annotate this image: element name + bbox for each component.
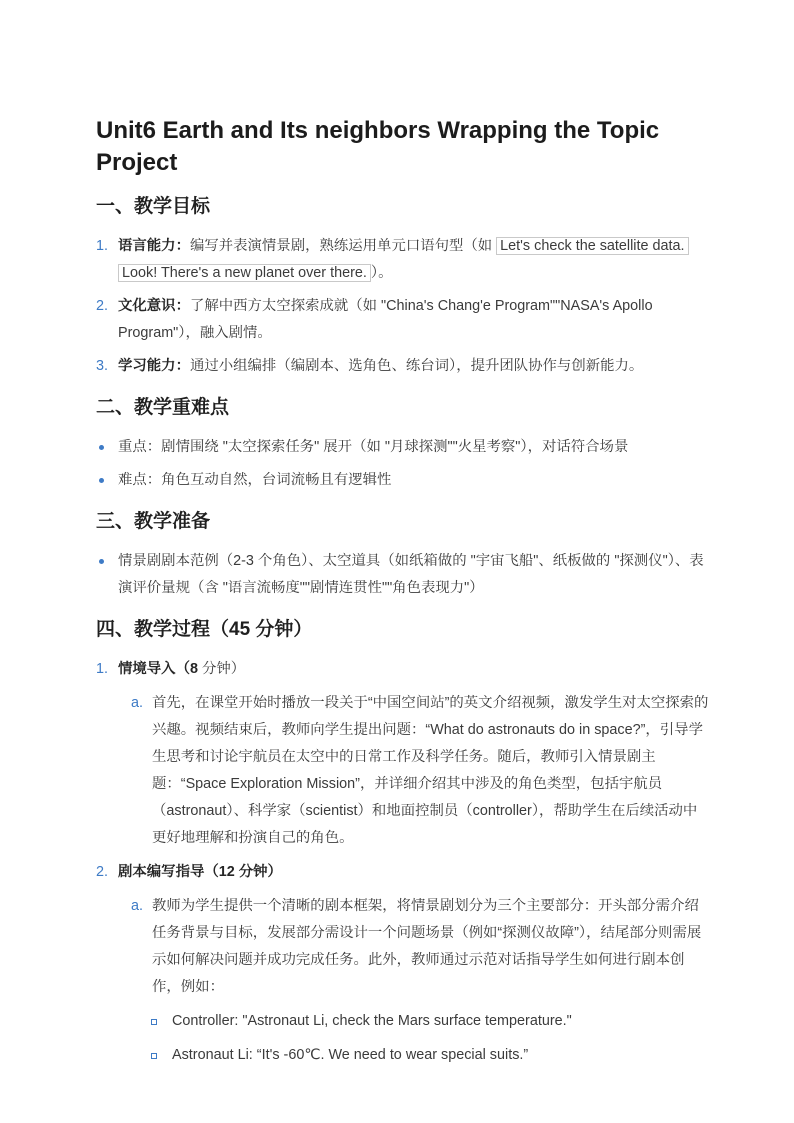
bullet-text: 重点：剧情围绕 "太空探索任务" 展开（如 "月球探测""火星考察"），对话符合… — [118, 434, 710, 461]
bullet-text: 难点：角色互动自然，台词流畅且有逻辑性 — [118, 467, 710, 494]
sub-bullet-icon — [147, 1008, 172, 1035]
list-item: 2. 文化意识：了解中西方太空探索成就（如 "China's Chang'e P… — [96, 293, 710, 347]
sub-list-text: 教师为学生提供一个清晰的剧本框架，将情景剧划分为三个主要部分：开头部分需介绍任务… — [152, 893, 710, 1001]
list-item-body: 通过小组编排（编剧本、选角色、练台词），提升团队协作与创新能力。 — [190, 358, 643, 374]
sub-list-marker: a. — [131, 893, 152, 1001]
section-heading-objectives: 一、教学目标 — [96, 194, 710, 220]
page-title: Unit6 Earth and Its neighbors Wrapping t… — [96, 115, 710, 179]
step-title-bold: 剧本编写指导（12 分钟） — [118, 864, 282, 880]
step-item: 2. 剧本编写指导（12 分钟） — [96, 859, 710, 886]
list-marker: 1. — [96, 656, 118, 683]
document-page: Unit6 Earth and Its neighbors Wrapping t… — [0, 0, 794, 1123]
step-title-bold: 情境导入（8 — [118, 661, 198, 677]
bullet-item: 情景剧剧本范例（2-3 个角色）、太空道具（如纸箱做的 "宇宙飞船"、纸板做的 … — [96, 548, 710, 602]
bullet-icon — [96, 467, 118, 494]
list-item-label: 文化意识： — [118, 298, 190, 314]
list-item-text: 学习能力：通过小组编排（编剧本、选角色、练台词），提升团队协作与创新能力。 — [118, 353, 710, 380]
list-item-text: 语言能力：编写并表演情景剧，熟练运用单元口语句型（如 Let's check t… — [118, 233, 710, 287]
bullet-item: 难点：角色互动自然，台词流畅且有逻辑性 — [96, 467, 710, 494]
bullet-icon — [96, 548, 118, 602]
dialogue-item: Controller: "Astronaut Li, check the Mar… — [147, 1008, 710, 1035]
step-item: 1. 情境导入（8 分钟） — [96, 656, 710, 683]
page-title-line2: Project — [96, 147, 710, 179]
list-item: 3. 学习能力：通过小组编排（编剧本、选角色、练台词），提升团队协作与创新能力。 — [96, 353, 710, 380]
step-title: 情境导入（8 分钟） — [118, 656, 710, 683]
step-title: 剧本编写指导（12 分钟） — [118, 859, 710, 886]
list-item-body: 了解中西方太空探索成就（如 "China's Chang'e Program""… — [118, 298, 653, 341]
list-item: 1. 语言能力：编写并表演情景剧，熟练运用单元口语句型（如 Let's chec… — [96, 233, 710, 287]
sub-bullet-icon — [147, 1042, 172, 1069]
dialogue-text: Controller: "Astronaut Li, check the Mar… — [172, 1008, 710, 1035]
step-title-regular: 分钟） — [198, 661, 245, 677]
sub-list-marker: a. — [131, 690, 152, 852]
bullet-text: 情景剧剧本范例（2-3 个角色）、太空道具（如纸箱做的 "宇宙飞船"、纸板做的 … — [118, 548, 710, 602]
section-heading-preparation: 三、教学准备 — [96, 509, 710, 535]
page-title-line1: Unit6 Earth and Its neighbors Wrapping t… — [96, 115, 710, 147]
list-item-label: 学习能力： — [118, 358, 190, 374]
dialogue-text: Astronaut Li: “It's -60℃. We need to wea… — [172, 1042, 710, 1069]
list-marker: 2. — [96, 859, 118, 886]
bullet-icon — [96, 434, 118, 461]
list-item-label: 语言能力： — [118, 238, 190, 254]
bullet-item: 重点：剧情围绕 "太空探索任务" 展开（如 "月球探测""火星考察"），对话符合… — [96, 434, 710, 461]
sub-list-item: a. 首先，在课堂开始时播放一段关于“中国空间站”的英文介绍视频，激发学生对太空… — [131, 690, 710, 852]
section-heading-process: 四、教学过程（45 分钟） — [96, 617, 710, 643]
sub-list-item: a. 教师为学生提供一个清晰的剧本框架，将情景剧划分为三个主要部分：开头部分需介… — [131, 893, 710, 1001]
list-marker: 1. — [96, 233, 118, 287]
list-item-body: 编写并表演情景剧，熟练运用单元口语句型（如 — [190, 238, 496, 254]
list-item-text: 文化意识：了解中西方太空探索成就（如 "China's Chang'e Prog… — [118, 293, 710, 347]
sub-list-text: 首先，在课堂开始时播放一段关于“中国空间站”的英文介绍视频，激发学生对太空探索的… — [152, 690, 710, 852]
list-marker: 3. — [96, 353, 118, 380]
list-item-tail: ）。 — [371, 265, 393, 281]
section-heading-key-points: 二、教学重难点 — [96, 395, 710, 421]
dialogue-item: Astronaut Li: “It's -60℃. We need to wea… — [147, 1042, 710, 1069]
list-marker: 2. — [96, 293, 118, 347]
